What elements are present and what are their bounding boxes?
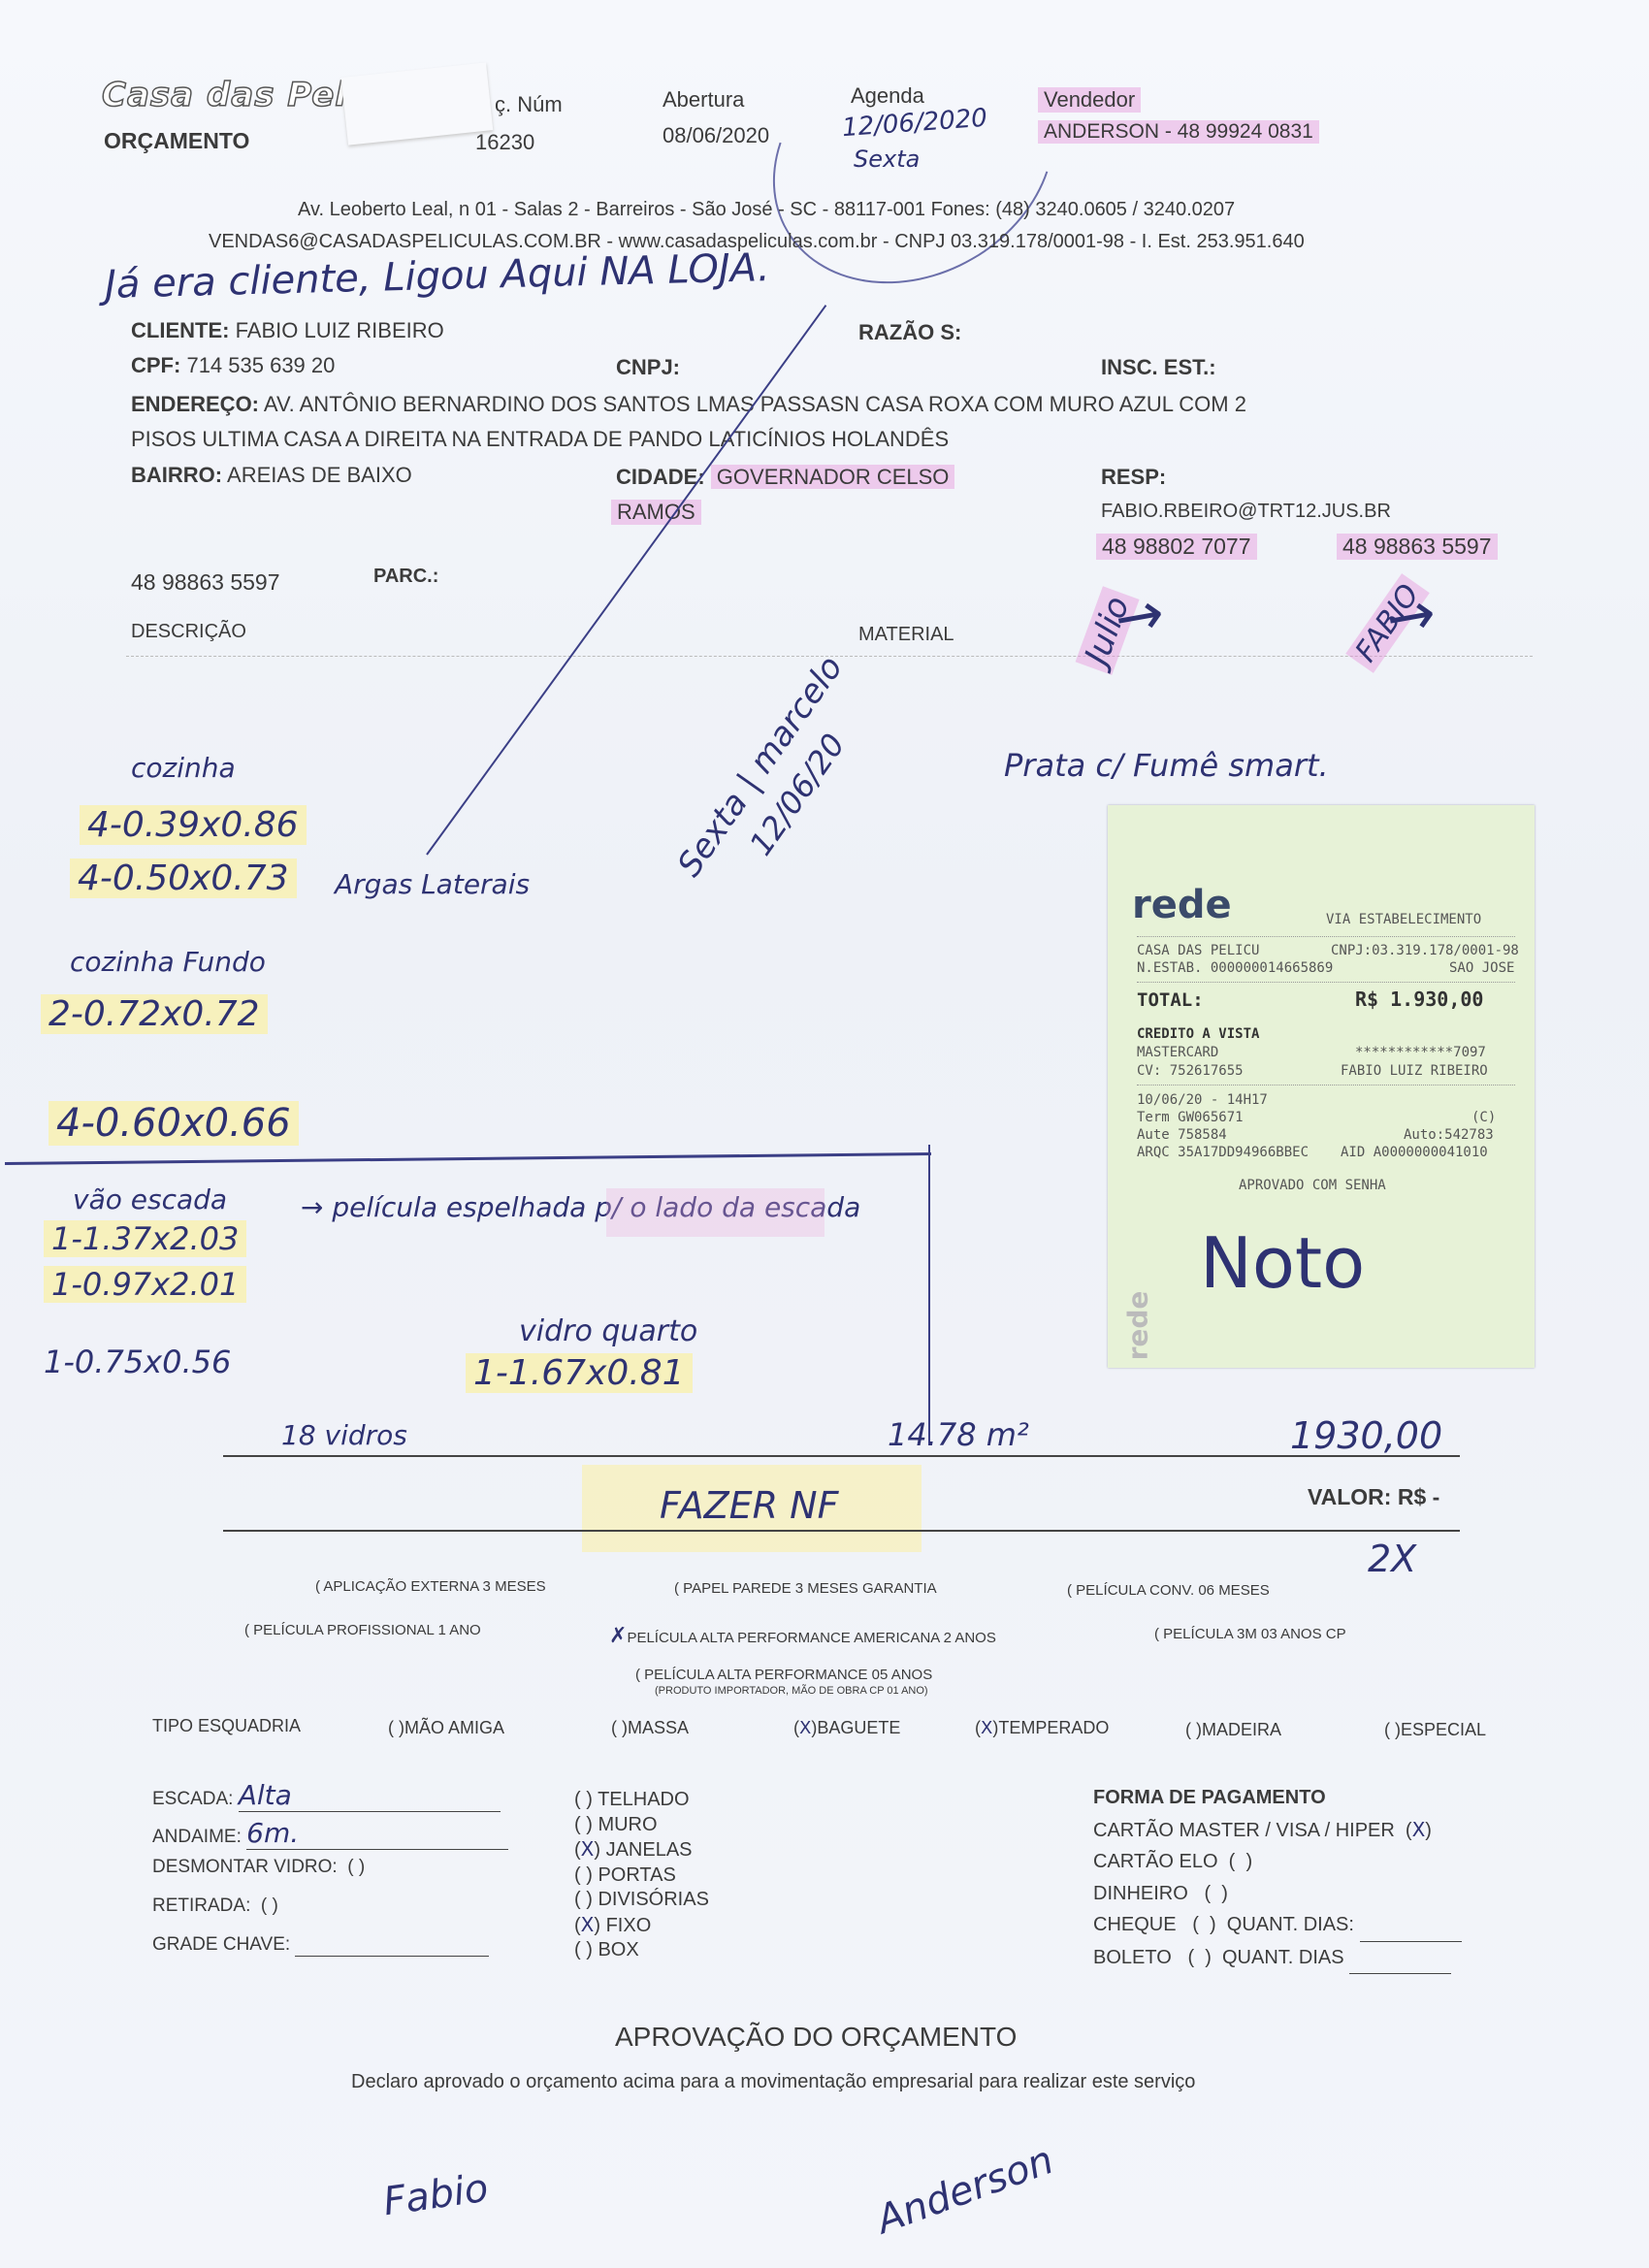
cidade-field: CIDADE: GOVERNADOR CELSO: [616, 465, 954, 490]
vendedor-label: Vendedor: [1038, 87, 1141, 113]
handwritten-note-top: Já era cliente, Ligou Aqui NA LOJA.: [105, 245, 771, 308]
payment-option-checked[interactable]: CARTÃO MASTER / VISA / HIPER (X): [1093, 1814, 1462, 1847]
cidade-value-2: RAMOS: [611, 500, 701, 525]
resp-email: FABIO.RBEIRO@TRT12.JUS.BR: [1101, 501, 1391, 523]
company-address: Av. Leoberto Leal, n 01 - Salas 2 - Barr…: [298, 199, 1235, 221]
check-x-icon: X: [581, 1913, 595, 1936]
check-x-icon: X: [581, 1837, 595, 1861]
receipt-holder: FABIO LUIZ RIBEIRO: [1341, 1063, 1488, 1079]
payment-option[interactable]: BOLETO ( ) QUANT. DIAS: [1093, 1942, 1462, 1975]
receipt-type: CREDITO A VISTA: [1137, 1026, 1259, 1042]
receipt-approved: APROVADO COM SENHA: [1239, 1178, 1386, 1193]
approval-title: APROVAÇÃO DO ORÇAMENTO: [615, 2022, 1017, 2053]
endereco-field: ENDEREÇO: AV. ANTÔNIO BERNARDINO DOS SAN…: [131, 392, 1246, 417]
esquadria-option[interactable]: ( )MASSA: [611, 1718, 689, 1738]
insc-label: INSC. EST.:: [1101, 355, 1216, 380]
warranty-option[interactable]: ( PELÍCULA ALTA PERFORMANCE 05 ANOS: [635, 1667, 932, 1683]
grade-chave-field[interactable]: GRADE CHAVE:: [152, 1934, 489, 1957]
esquadria-option-checked[interactable]: (X)TEMPERADO: [975, 1718, 1109, 1738]
client-signature: Fabio: [380, 2166, 491, 2225]
receipt-aid: AID A0000000041010: [1341, 1145, 1488, 1160]
receipt-cnpj: CNPJ:03.319.178/0001-98: [1331, 943, 1519, 958]
receipt-card: MASTERCARD: [1137, 1045, 1218, 1060]
desmontar-vidro-field[interactable]: DESMONTAR VIDRO: ( ): [152, 1857, 365, 1878]
esquadria-label: TIPO ESQUADRIA: [152, 1716, 301, 1736]
cliente-field: CLIENTE: FABIO LUIZ RIBEIRO: [131, 318, 444, 343]
warranty-option[interactable]: ( PELÍCULA 3M 03 ANOS CP: [1154, 1626, 1346, 1642]
item-line: 1-1.37x2.03: [44, 1220, 246, 1257]
warranty-option-checked[interactable]: ✗PELÍCULA ALTA PERFORMANCE AMERICANA 2 A…: [609, 1624, 996, 1648]
warranty-option[interactable]: ( PELÍCULA PROFISSIONAL 1 ANO: [244, 1622, 481, 1638]
endereco-line2: PISOS ULTIMA CASA A DIREITA NA ENTRADA D…: [131, 427, 949, 452]
esquadria-option[interactable]: ( )MADEIRA: [1185, 1720, 1281, 1740]
payment-option[interactable]: CHEQUE ( ) QUANT. DIAS:: [1093, 1909, 1462, 1942]
item-line: 1-0.97x2.01: [44, 1266, 246, 1303]
item-line: 4-0.39x0.86: [80, 805, 307, 845]
receipt-c: (C): [1471, 1110, 1496, 1125]
torn-paper-patch: [341, 62, 493, 145]
warranty-sublabel: (PRODUTO IMPORTADOR, MÃO DE OBRA CP 01 A…: [655, 1685, 928, 1697]
item-line: 4-0.60x0.66: [48, 1101, 299, 1146]
pink-highlight: [606, 1188, 824, 1237]
receipt-total-label: TOTAL:: [1137, 989, 1204, 1011]
check-x-icon: X: [1412, 1818, 1426, 1841]
receipt-term: Term GW065671: [1137, 1110, 1244, 1125]
vendedor-value: ANDERSON - 48 99924 0831: [1038, 120, 1319, 144]
andaime-field[interactable]: ANDAIME: 6m.: [152, 1817, 508, 1850]
receipt-divider: [1137, 936, 1515, 937]
payment-section: FORMA DE PAGAMENTO CARTÃO MASTER / VISA …: [1093, 1782, 1462, 1974]
receipt-via: VIA ESTABELECIMENTO: [1326, 912, 1481, 927]
pen-circle-mark: [727, 0, 1100, 334]
material-handwritten: Prata c/ Fumê smart.: [1004, 747, 1329, 784]
descricao-header: DESCRIÇÃO: [131, 621, 246, 643]
seller-signature: Anderson: [871, 2138, 1059, 2243]
local-option[interactable]: ( ) PORTAS: [574, 1863, 709, 1889]
local-option-checked[interactable]: (X) JANELAS: [574, 1837, 709, 1863]
total-area: 14.78 m²: [888, 1416, 1029, 1453]
rede-watermark: rede: [1121, 1291, 1153, 1361]
retirada-field[interactable]: RETIRADA: ( ): [152, 1895, 278, 1917]
resp-phone-1: 48 98802 7077: [1096, 534, 1257, 560]
esquadria-option[interactable]: ( )MÃO AMIGA: [388, 1718, 504, 1738]
warranty-option[interactable]: ( PAPEL PAREDE 3 MESES GARANTIA: [674, 1580, 937, 1597]
parcelas-note: 2X: [1368, 1538, 1416, 1580]
cliente-value: FABIO LUIZ RIBEIRO: [236, 318, 444, 342]
scanned-quote-document: Casa das Pel ORÇAMENTO ç. Núm 16230 Aber…: [0, 0, 1649, 2268]
local-option-checked[interactable]: (X) FIXO: [574, 1913, 709, 1939]
num-value: 16230: [475, 130, 534, 155]
approval-text: Declaro aprovado o orçamento acima para …: [351, 2071, 1195, 2093]
item-note-laterais: Argas Laterais: [335, 868, 530, 900]
item-line: 1-0.75x0.56: [44, 1344, 231, 1380]
item-line: 1-1.67x0.81: [466, 1353, 693, 1393]
receipt-total-value: R$ 1.930,00: [1355, 988, 1483, 1011]
abertura-label: Abertura: [663, 87, 744, 113]
payment-option[interactable]: CARTÃO ELO ( ): [1093, 1846, 1462, 1878]
receipt-datetime: 10/06/20 - 14H17: [1137, 1092, 1268, 1108]
doc-type: ORÇAMENTO: [104, 128, 249, 154]
cpf-field: CPF: 714 535 639 20: [131, 353, 335, 378]
receipt-estab: N.ESTAB. 000000014665869: [1137, 960, 1333, 976]
cnpj-label: CNPJ:: [616, 355, 680, 380]
receipt-card-number: ************7097: [1355, 1045, 1486, 1060]
escada-field[interactable]: ESCADA: Alta: [152, 1779, 501, 1812]
receipt-aute: Aute 758584: [1137, 1127, 1227, 1143]
pen-box-right-line: [928, 1145, 930, 1445]
item-line: 4-0.50x0.73: [70, 859, 297, 898]
local-option[interactable]: ( ) DIVISÓRIAS: [574, 1888, 709, 1913]
payment-title: FORMA DE PAGAMENTO: [1093, 1782, 1462, 1814]
receipt-divider: [1137, 1085, 1515, 1085]
receipt-city: SAO JOSE: [1449, 960, 1514, 976]
section-title-cozinha: cozinha: [131, 752, 236, 784]
card-receipt: rede VIA ESTABELECIMENTO CASA DAS PELICU…: [1108, 805, 1535, 1368]
warranty-option[interactable]: ( APLICAÇÃO EXTERNA 3 MESES: [315, 1578, 546, 1595]
local-option[interactable]: ( ) TELHADO: [574, 1788, 709, 1813]
receipt-auto: Auto:542783: [1404, 1127, 1494, 1143]
rede-logo: rede: [1132, 883, 1232, 927]
receipt-divider: [1137, 982, 1515, 983]
total-divider: [223, 1455, 1460, 1457]
local-option[interactable]: ( ) MURO: [574, 1813, 709, 1838]
total-value-handwritten: 1930,00: [1290, 1414, 1442, 1457]
section-title-vidro-quarto: vidro quarto: [519, 1314, 697, 1348]
num-label: ç. Núm: [495, 92, 563, 117]
payment-option[interactable]: DINHEIRO ( ): [1093, 1878, 1462, 1910]
resp-phone-2: 48 98863 5597: [1337, 534, 1498, 560]
parc-label: PARC.:: [373, 566, 438, 588]
pen-box-top-line: [5, 1152, 931, 1165]
valor-label: VALOR: R$ -: [1308, 1484, 1439, 1510]
warranty-option[interactable]: ( PELÍCULA CONV. 06 MESES: [1067, 1582, 1270, 1599]
receipt-cv: CV: 752617655: [1137, 1063, 1244, 1079]
bairro-field: BAIRRO: AREIAS DE BAIXO: [131, 463, 412, 488]
local-option[interactable]: ( ) BOX: [574, 1938, 709, 1963]
razao-label: RAZÃO S:: [858, 320, 961, 345]
check-x-icon: X: [981, 1718, 992, 1738]
cpf-value: 714 535 639 20: [186, 353, 335, 377]
item-line: 2-0.72x0.72: [41, 994, 268, 1034]
fazer-nf-note: FAZER NF: [660, 1484, 838, 1527]
client-phone: 48 98863 5597: [131, 569, 280, 596]
abertura-value: 08/06/2020: [663, 123, 769, 148]
esquadria-option-checked[interactable]: (X)BAGUETE: [793, 1718, 900, 1738]
receipt-arqc: ARQC 35A17DD94966BBEC: [1137, 1145, 1309, 1160]
section-title-vao-escada: vão escada: [73, 1183, 227, 1215]
check-x-icon: ✗: [609, 1624, 627, 1648]
material-header: MATERIAL: [858, 624, 954, 646]
esquadria-option[interactable]: ( )ESPECIAL: [1384, 1720, 1486, 1740]
total-vidros: 18 vidros: [281, 1419, 407, 1451]
company-logo: Casa das Pel: [102, 76, 347, 114]
section-title-cozinha-fundo: cozinha Fundo: [70, 946, 266, 978]
local-options-list: ( ) TELHADO ( ) MURO (X) JANELAS ( ) POR…: [574, 1788, 709, 1963]
receipt-merchant: CASA DAS PELICU: [1137, 943, 1259, 958]
valor-divider: [223, 1530, 1460, 1532]
receipt-signature: Noto: [1200, 1222, 1365, 1304]
check-x-icon: X: [799, 1718, 811, 1738]
resp-label: RESP:: [1101, 465, 1166, 490]
